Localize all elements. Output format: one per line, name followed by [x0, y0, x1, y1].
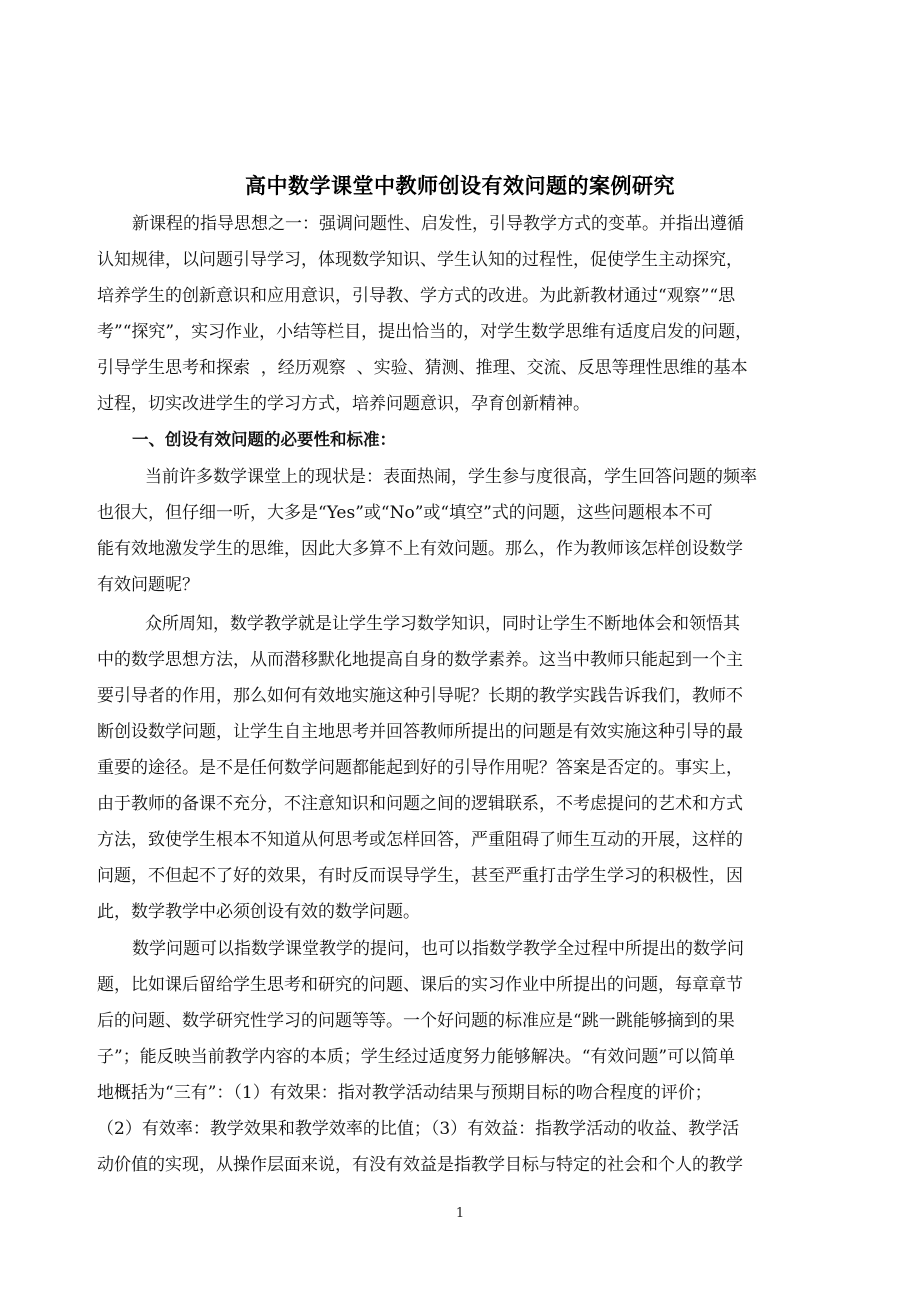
text-line: 考”“探究”，实习作业，小结等栏目，提出恰当的，对学生数学思维有适度启发的问题，	[97, 321, 752, 343]
text-line: 要引导者的作用，那么如何有效地实施这种引导呢？长期的教学实践告诉我们，教师不	[97, 685, 743, 707]
text-line: 能有效地激发学生的思维，因此大多算不上有效问题。那么，作为教师该怎样创设数学	[97, 538, 743, 560]
text-line: 由于教师的备课不充分，不注意知识和问题之间的逻辑联系，不考虑提问的艺术和方式	[97, 793, 743, 815]
document-page: 高中数学课堂中教师创设有效问题的案例研究 新课程的指导思想之一：强调问题性、启发…	[0, 0, 920, 1302]
text-line: 中的数学思想方法，从而潜移默化地提高自身的数学素养。这当中教师只能起到一个主	[97, 649, 743, 671]
text-line: 当前许多数学课堂上的现状是：表面热闹，学生参与度很高，学生回答问题的频率	[145, 466, 757, 488]
text-line: 新课程的指导思想之一：强调问题性、启发性，引导教学方式的变革。并指出遵循	[132, 213, 744, 235]
text-line: 数学问题可以指数学课堂教学的提问，也可以指数学教学全过程中所提出的数学问	[132, 938, 744, 960]
text-line: 方法，致使学生根本不知道从何思考或怎样回答，严重阻碍了师生互动的开展，这样的	[97, 829, 743, 851]
text-line: 重要的途径。是不是任何数学问题都能起到好的引导作用呢？答案是否定的。事实上，	[97, 757, 743, 779]
text-line: 题，比如课后留给学生思考和研究的问题、课后的实习作业中所提出的问题，每章章节	[97, 974, 743, 996]
text-line: 动价值的实现，从操作层面来说，有没有效益是指教学目标与特定的社会和个人的教学	[97, 1154, 743, 1176]
text-line: 有效问题呢？	[97, 574, 199, 596]
text-line: 过程，切实改进学生的学习方式，培养问题意识，孕育创新精神。	[97, 393, 590, 415]
text-line: 众所周知，数学教学就是让学生学习数学知识，同时让学生不断地体会和领悟其	[145, 613, 740, 635]
text-line: 子”；能反映当前教学内容的本质；学生经过适度努力能够解决。“有效问题”可以简单	[97, 1046, 735, 1068]
text-line: 引导学生思考和探索 ，经历观察 、实验、猜测、推理、交流、反思等理性思维的基本	[97, 357, 748, 379]
text-line: 也很大，但仔细一听，大多是“Yes”或“No”或“填空”式的问题，这些问题根本不…	[97, 502, 713, 524]
text-line: 后的问题、数学研究性学习的问题等等。一个好问题的标准应是“跳一跳能够摘到的果	[97, 1010, 735, 1032]
text-line: 断创设数学问题，让学生自主地思考并回答教师所提出的问题是有效实施这种引导的最	[97, 721, 743, 743]
section-heading: 一、创设有效问题的必要性和标准：	[132, 429, 396, 451]
text-line: 认知规律，以问题引导学习，体现数学知识、学生认知的过程性，促使学生主动探究，	[97, 249, 743, 271]
text-line: 问题，不但起不了好的效果，有时反而误导学生，甚至严重打击学生学习的积极性，因	[97, 865, 743, 887]
text-line: 地概括为“三有”：（1）有效果：指对教学活动结果与预期目标的吻合程度的评价；	[97, 1082, 712, 1104]
text-line: 此，数学教学中必须创设有效的数学问题。	[97, 901, 420, 923]
text-line: （2）有效率：教学效果和教学效率的比值；（3）有效益：指教学活动的收益、教学活	[97, 1118, 739, 1140]
text-line: 培养学生的创新意识和应用意识，引导教、学方式的改进。为此新教材通过“观察”“思	[97, 285, 735, 307]
page-number: 1	[0, 1206, 920, 1221]
document-title: 高中数学课堂中教师创设有效问题的案例研究	[0, 170, 920, 200]
